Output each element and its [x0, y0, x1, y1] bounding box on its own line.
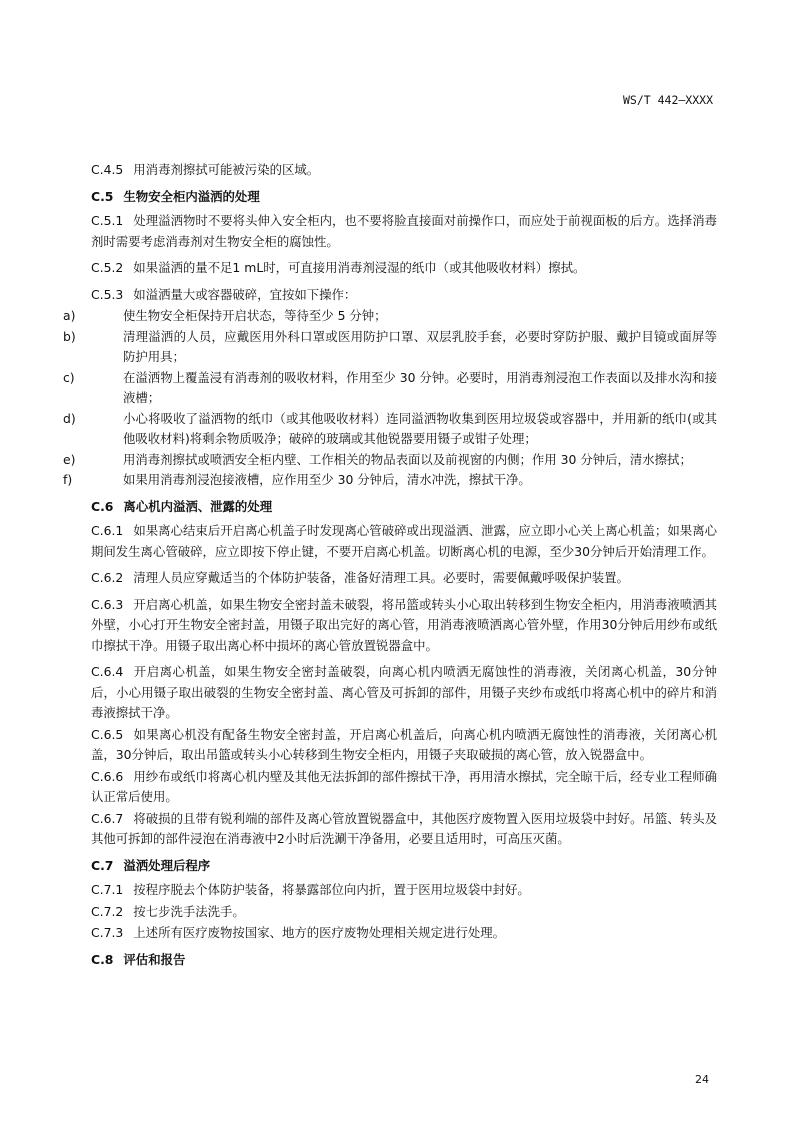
clause-number: C.6.2	[91, 570, 123, 585]
clause-number: C.5.2	[91, 260, 123, 275]
clause-number: C.7.3	[91, 925, 123, 940]
list-item: a)使生物安全柜保持开启状态，等待至少 5 分钟；	[91, 306, 717, 327]
clause-text: 开启离心机盖，如果生物安全密封盖未破裂，将吊篮或转头小心取出转移到生物安全柜内，…	[91, 597, 717, 653]
clause-text: 开启离心机盖，如果生物安全密封盖破裂，向离心机内喷洒无腐蚀性的消毒液，关闭离心机…	[91, 664, 717, 720]
clause-number: C.6.3	[91, 597, 123, 612]
clause-c53: C.5.3如溢洒量大或容器破碎，宜按如下操作：	[91, 285, 717, 306]
clause-c45: C.4.5用消毒剂擦拭可能被污染的区域。	[91, 160, 717, 181]
list-marker: c)	[63, 368, 75, 389]
clause-number: C.6.1	[91, 523, 123, 538]
clause-c66: C.6.6用纱布或纸巾将离心机内壁及其他无法拆卸的部件擦拭干净，再用清水擦拭，完…	[91, 767, 717, 808]
clause-text: 如果离心机没有配备生物安全密封盖，开启离心机盖后，向离心机内喷洒无腐蚀性的消毒液…	[91, 727, 717, 763]
section-heading-c6: C.6离心机内溢洒、泄露的处理	[91, 497, 717, 518]
list-item-text: 用消毒剂擦拭或喷洒安全柜内壁、工作相关的物品表面以及前视窗的内侧；作用 30 分…	[123, 452, 692, 467]
clause-c73: C.7.3上述所有医疗废物按国家、地方的医疗废物处理相关规定进行处理。	[91, 923, 717, 944]
section-title: 离心机内溢洒、泄露的处理	[123, 499, 272, 514]
list-item-text: 使生物安全柜保持开启状态，等待至少 5 分钟；	[123, 308, 387, 323]
section-title: 生物安全柜内溢洒的处理	[123, 189, 259, 204]
clause-text: 如果离心结束后开启离心机盖子时发现离心管破碎或出现溢洒、泄露，应立即小心关上离心…	[91, 523, 717, 559]
list-item: c)在溢洒物上覆盖浸有消毒剂的吸收材料，作用至少 30 分钟。必要时，用消毒剂浸…	[91, 368, 717, 409]
clause-number: C.6.4	[91, 664, 123, 679]
section-heading-c5: C.5生物安全柜内溢洒的处理	[91, 187, 717, 208]
clause-c72: C.7.2按七步洗手法洗手。	[91, 902, 717, 923]
clause-number: C.5.3	[91, 287, 123, 302]
section-title: 评估和报告	[123, 952, 185, 967]
clause-number: C.7.2	[91, 904, 123, 919]
page-number: 24	[695, 1073, 709, 1086]
clause-c61: C.6.1如果离心结束后开启离心机盖子时发现离心管破碎或出现溢洒、泄露，应立即小…	[91, 521, 717, 562]
clause-number: C.7.1	[91, 882, 123, 897]
clause-text: 如果溢洒的量不足1 mL时，可直接用消毒剂浸湿的纸巾（或其他吸收材料）擦拭。	[133, 260, 585, 275]
clause-text: 上述所有医疗废物按国家、地方的医疗废物处理相关规定进行处理。	[133, 925, 505, 940]
list-marker: d)	[63, 409, 76, 430]
list-item-text: 小心将吸收了溢洒物的纸巾（或其他吸收材料）连同溢洒物收集到医用垃圾袋或容器中，并…	[123, 411, 717, 447]
section-title: 溢洒处理后程序	[123, 858, 210, 873]
standard-code-header: WS/T 442—XXXX	[623, 93, 713, 107]
list-item-text: 清理溢洒的人员，应戴医用外科口罩或医用防护口罩、双层乳胶手套，必要时穿防护服、戴…	[123, 329, 717, 365]
clause-number: C.6.7	[91, 811, 123, 826]
clause-c65: C.6.5如果离心机没有配备生物安全密封盖，开启离心机盖后，向离心机内喷洒无腐蚀…	[91, 725, 717, 766]
procedure-list: a)使生物安全柜保持开启状态，等待至少 5 分钟； b)清理溢洒的人员，应戴医用…	[91, 306, 717, 491]
list-marker: f)	[63, 470, 72, 491]
clause-text: 用消毒剂擦拭可能被污染的区域。	[133, 162, 319, 177]
clause-text: 清理人员应穿戴适当的个体防护装备，准备好清理工具。必要时，需要佩戴呼吸保护装置。	[133, 570, 629, 585]
list-marker: b)	[63, 327, 76, 348]
section-number: C.5	[91, 189, 113, 204]
list-marker: a)	[63, 306, 75, 327]
clause-number: C.5.1	[91, 213, 123, 228]
list-item-text: 在溢洒物上覆盖浸有消毒剂的吸收材料，作用至少 30 分钟。必要时，用消毒剂浸泡工…	[123, 370, 717, 406]
section-number: C.8	[91, 952, 113, 967]
list-item: f)如果用消毒剂浸泡接液槽，应作用至少 30 分钟后，清水冲洗，擦拭干净。	[91, 470, 717, 491]
clause-number: C.6.6	[91, 769, 123, 784]
list-marker: e)	[63, 450, 75, 471]
clause-text: 将破损的且带有锐利端的部件及离心管放置锐器盒中，其他医疗废物置入医用垃圾袋中封好…	[91, 811, 717, 847]
section-heading-c7: C.7溢洒处理后程序	[91, 856, 717, 877]
clause-number: C.4.5	[91, 162, 123, 177]
clause-text: 如溢洒量大或容器破碎，宜按如下操作：	[133, 287, 356, 302]
section-number: C.7	[91, 858, 113, 873]
clause-text: 用纱布或纸巾将离心机内壁及其他无法拆卸的部件擦拭干净，再用清水擦拭，完全晾干后，…	[91, 769, 717, 805]
clause-c63: C.6.3开启离心机盖，如果生物安全密封盖未破裂，将吊篮或转头小心取出转移到生物…	[91, 595, 717, 657]
clause-c67: C.6.7将破损的且带有锐利端的部件及离心管放置锐器盒中，其他医疗废物置入医用垃…	[91, 809, 717, 850]
list-item: b)清理溢洒的人员，应戴医用外科口罩或医用防护口罩、双层乳胶手套，必要时穿防护服…	[91, 327, 717, 368]
clause-c64: C.6.4开启离心机盖，如果生物安全密封盖破裂，向离心机内喷洒无腐蚀性的消毒液，…	[91, 662, 717, 724]
clause-text: 处理溢洒物时不要将头伸入安全柜内，也不要将脸直接面对前操作口，而应处于前视面板的…	[91, 213, 717, 249]
document-body: C.4.5用消毒剂擦拭可能被污染的区域。 C.5生物安全柜内溢洒的处理 C.5.…	[91, 160, 717, 974]
section-number: C.6	[91, 499, 113, 514]
clause-c62: C.6.2清理人员应穿戴适当的个体防护装备，准备好清理工具。必要时，需要佩戴呼吸…	[91, 568, 717, 589]
clause-c52: C.5.2如果溢洒的量不足1 mL时，可直接用消毒剂浸湿的纸巾（或其他吸收材料）…	[91, 258, 717, 279]
clause-c51: C.5.1处理溢洒物时不要将头伸入安全柜内，也不要将脸直接面对前操作口，而应处于…	[91, 211, 717, 252]
clause-text: 按程序脱去个体防护装备，将暴露部位向内折，置于医用垃圾袋中封好。	[133, 882, 530, 897]
list-item: e)用消毒剂擦拭或喷洒安全柜内壁、工作相关的物品表面以及前视窗的内侧；作用 30…	[91, 450, 717, 471]
list-item: d)小心将吸收了溢洒物的纸巾（或其他吸收材料）连同溢洒物收集到医用垃圾袋或容器中…	[91, 409, 717, 450]
clause-number: C.6.5	[91, 727, 123, 742]
clause-c71: C.7.1按程序脱去个体防护装备，将暴露部位向内折，置于医用垃圾袋中封好。	[91, 880, 717, 901]
section-heading-c8: C.8评估和报告	[91, 950, 717, 971]
clause-text: 按七步洗手法洗手。	[133, 904, 245, 919]
list-item-text: 如果用消毒剂浸泡接液槽，应作用至少 30 分钟后，清水冲洗，擦拭干净。	[123, 472, 531, 487]
